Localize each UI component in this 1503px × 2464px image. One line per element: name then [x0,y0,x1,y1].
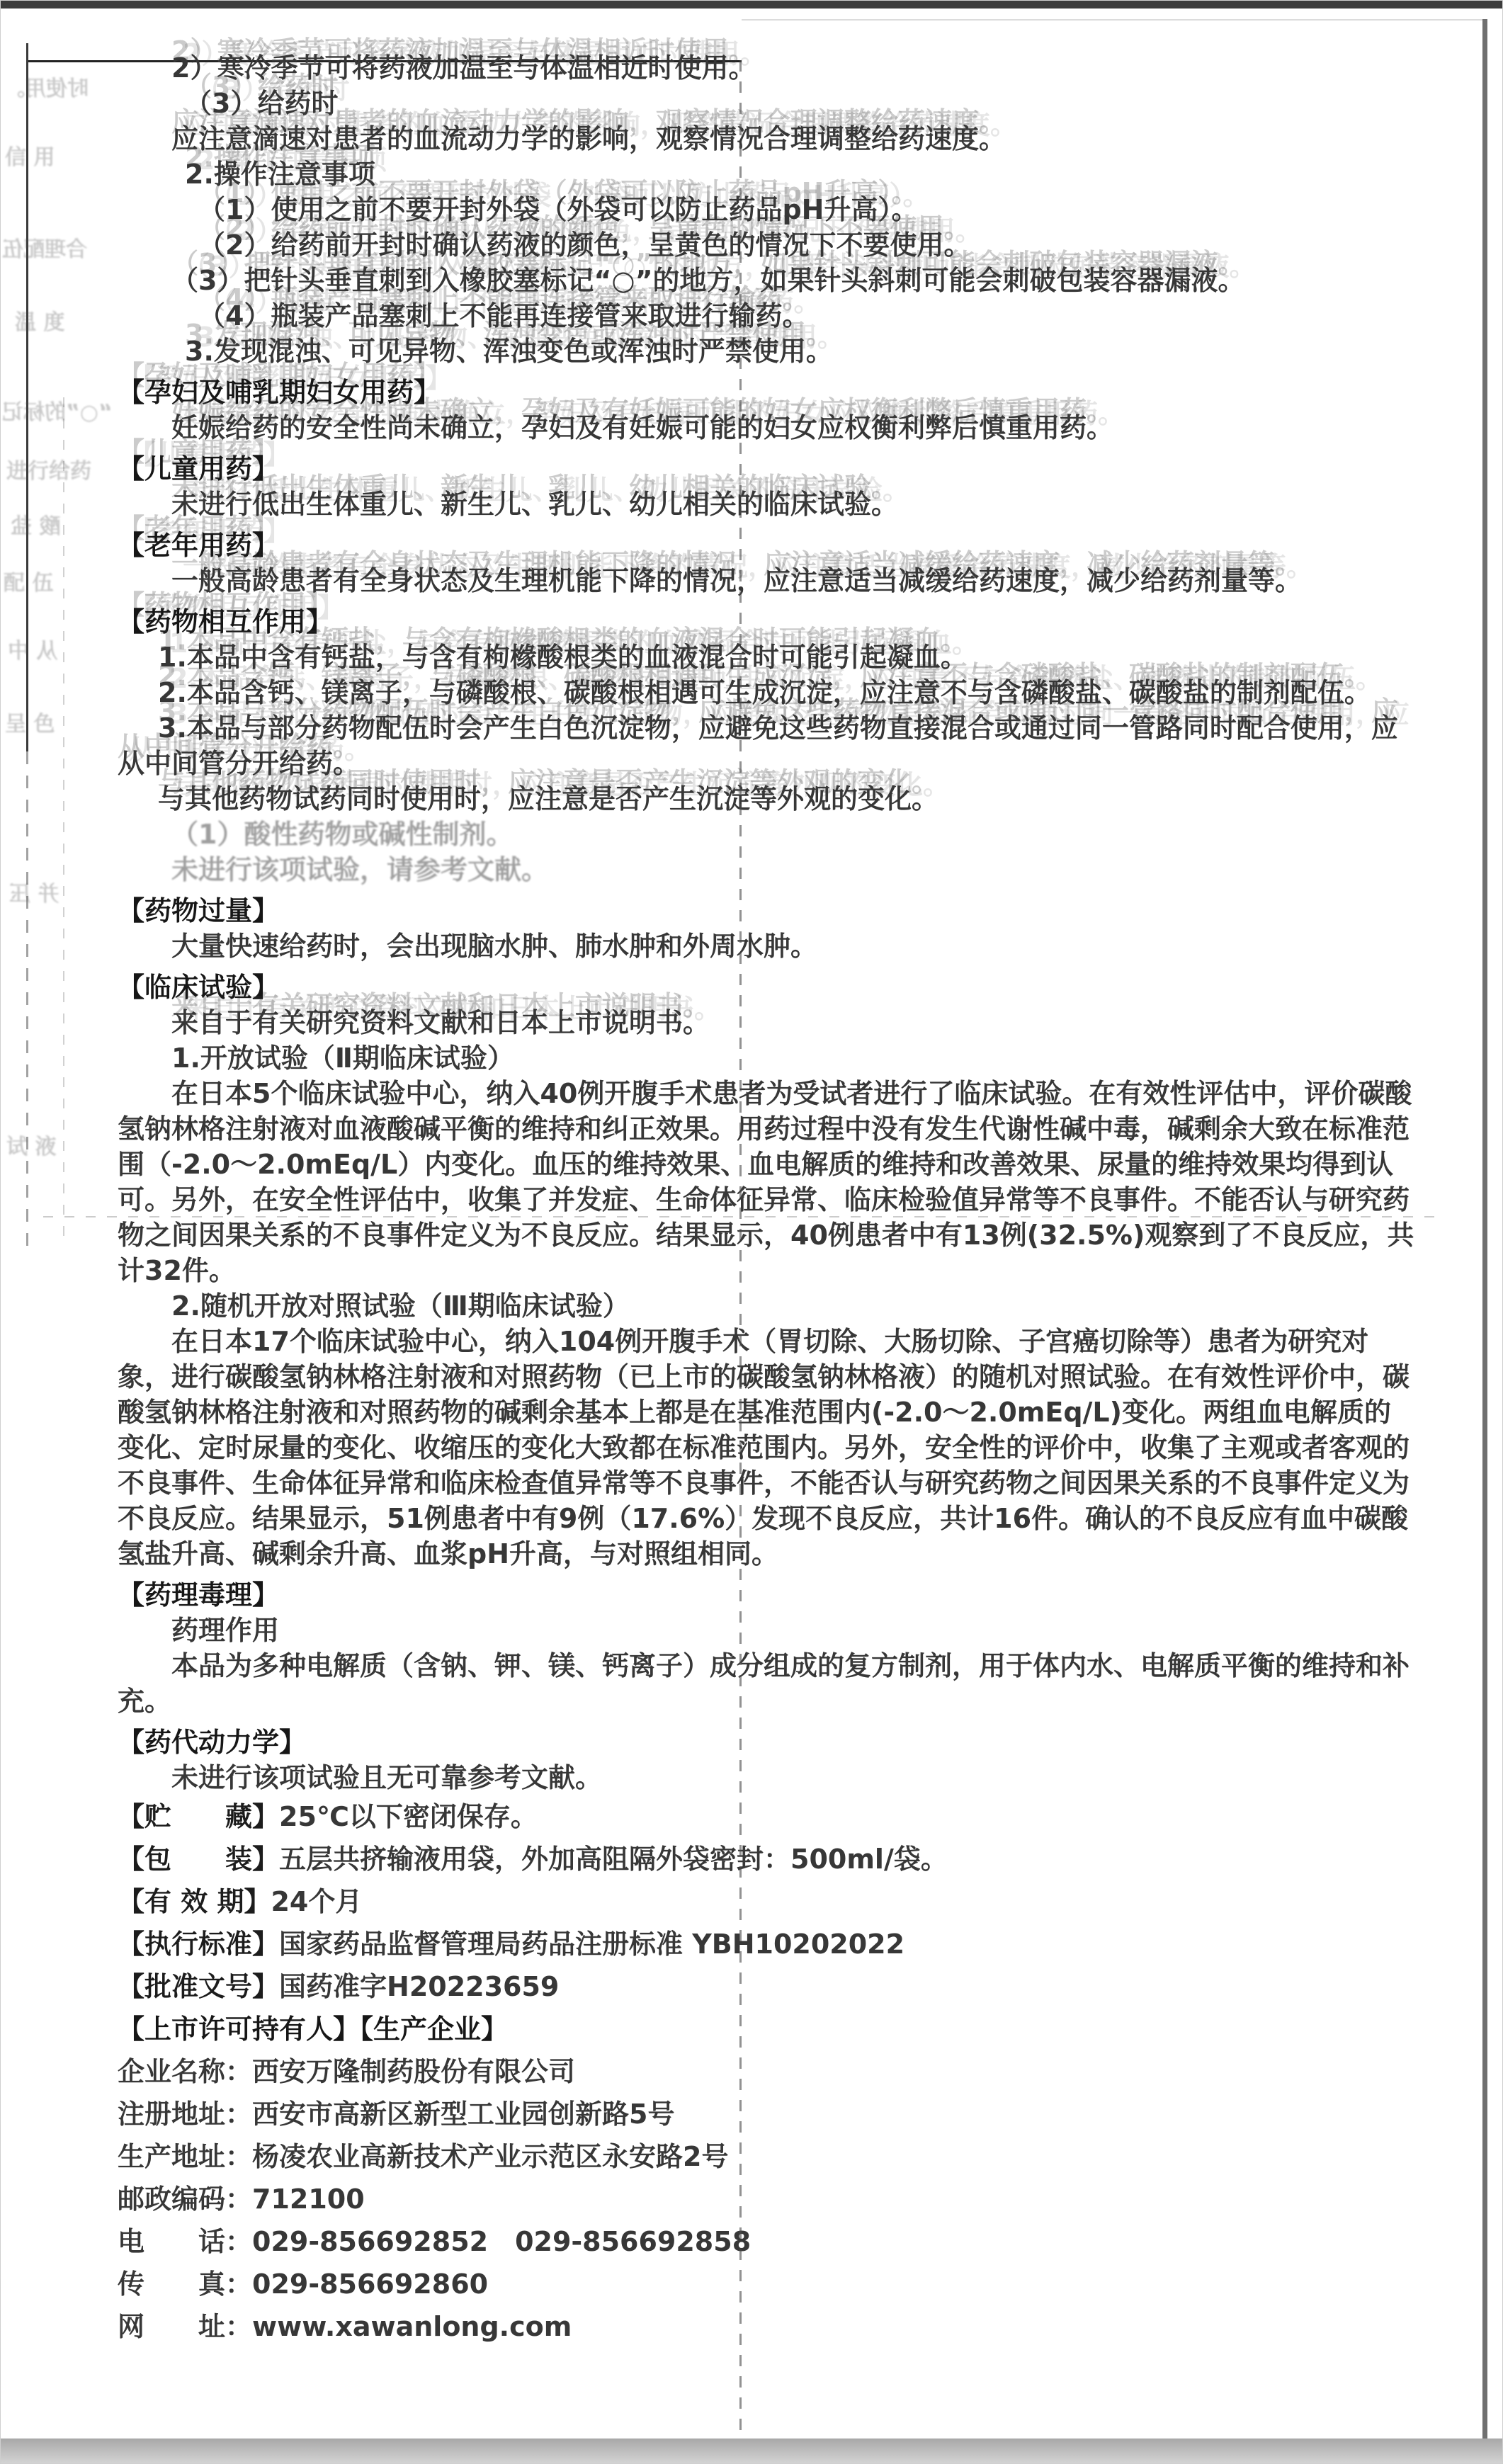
ghost-text-line: （1）酸性药物或碱性制剂。 [118,817,1415,852]
info-row-value: 24个月 [271,1886,362,1917]
company-row-label: 企业名称： [118,2056,252,2087]
company-row: 生产地址：杨凌农业高新技术产业示范区永安路2号 [118,2135,1415,2178]
company-row-label: 电 话： [118,2226,252,2257]
trial-title: 1.开放试验（Ⅱ期临床试验） [118,1040,1415,1076]
ghost-text-line: 未进行该项试验，请参考文献。 [118,852,1415,887]
company-row-value: 712100 [252,2184,365,2215]
ghost-text-fragment: 酸 盐 [11,515,60,539]
scan-top-edge-bar [1,1,1503,8]
usage-note-line: 3.发现混浊、可见异物、浑浊变色或浑浊时严禁使用。 [118,334,1415,369]
info-row: 【包 装】五层共挤输液用袋，外加高阻隔外袋密封：500ml/袋。 [118,1838,1415,1880]
trial-paragraph: 在日本5个临床试验中心，纳入40例开腹手术患者为受试者进行了临床试验。在有效性评… [118,1076,1415,1288]
info-row-value: 五层共挤输液用袋，外加高阻隔外袋密封：500ml/袋。 [279,1844,948,1875]
company-row: 企业名称：西安万隆制药股份有限公司 [118,2050,1415,2093]
company-row-label: 生产地址： [118,2141,252,2172]
section-heading-clinical-trials: 【临床试验】 [118,970,1415,1005]
company-row: 网 址：www.xawanlong.com [118,2305,1415,2348]
insert-text-column: 2）寒冷季节可将药液加温至与体温相近时使用。 （3）给药时 应注意滴速对患者的血… [118,50,1415,2348]
ghost-text-fragment: 温 度 [15,311,64,335]
section-paragraph: 本品为多种电解质（含钠、钾、镁、钙离子）成分组成的复方制剂，用于体内水、电解质平… [118,1648,1415,1719]
scan-left-border-dashed [26,751,28,1247]
usage-note-line: （4）瓶装产品塞刺上不能再连接管来取进行输药。 [118,298,1415,334]
pharmacology-subtitle: 药理作用 [118,1613,1415,1648]
company-row-label: 传 真： [118,2269,252,2300]
company-row-value: 杨凌农业高新技术产业示范区永安路2号 [252,2141,728,2172]
scanned-package-insert-page: 时使用。 信 用 合理配伍 温 度 “○”的标记 进行给药 酸 盐 配 伍 从 … [0,0,1503,2464]
scan-topright-hairline [742,19,1487,21]
ghost-text-fragment: 进行给药 [6,460,91,484]
interaction-item: 2.本品含钙、镁离子，与磷酸根、碳酸根相遇可生成沉淀，应注意不与含磷酸盐、碳酸盐… [118,675,1415,710]
interaction-item: 与其他药物试药同时使用时，应注意是否产生沉淀等外观的变化。 [118,781,1415,817]
info-row-label: 【执行标准】 [118,1929,279,1960]
ghost-text-fragment: 呈 色 [5,712,55,737]
company-row-value: www.xawanlong.com [252,2311,572,2342]
section-heading-overdose: 【药物过量】 [118,893,1415,929]
usage-note-line: （3）给药时 [118,86,1415,121]
info-row-label: 【批准文号】 [118,1971,279,2002]
company-row-value: 西安市高新区新型工业园创新路5号 [252,2099,674,2130]
info-row: 【有 效 期】24个月 [118,1880,1415,1923]
usage-note-line: （3）把针头垂直刺到入橡胶塞标记“○”的地方，如果针头斜刺可能会刺破包装容器漏液… [118,263,1415,298]
company-row-label: 邮政编码： [118,2184,252,2215]
section-paragraph: 未进行该项试验且无可靠参考文献。 [118,1760,1415,1795]
info-row: 【批准文号】国药准字H20223659 [118,1965,1415,2008]
ghost-text-fragment: “○”的标记 [2,401,113,425]
holder-heading: 【上市许可持有人】【生产企业】 [118,2008,1415,2050]
info-row-value: 国药准字H20223659 [279,1971,559,2002]
section-heading-pregnancy: 【孕妇及哺乳期妇女用药】 [118,375,1415,410]
company-row: 邮政编码：712100 [118,2178,1415,2220]
section-paragraph: 大量快速给药时，会出现脑水肿、肺水肿和外周水肿。 [118,929,1415,964]
interaction-item: 3.本品与部分药物配伍时会产生白色沉淀物，应避免这些药物直接混合或通过同一管路同… [118,710,1415,781]
section-heading-pharmacology: 【药理毒理】 [118,1577,1415,1613]
info-row-label: 【贮 藏】 [118,1801,279,1832]
usage-note-line: 2）寒冷季节可将药液加温至与体温相近时使用。 [118,50,1415,86]
usage-note-line: （2）给药前开封时确认药液的颜色，呈黄色的情况下不要使用。 [118,227,1415,263]
info-row-label: 【包 装】 [118,1844,279,1875]
ghost-text-fragment: 合理配伍 [2,238,87,262]
company-row: 电 话：029-856692852 029-856692858 [118,2220,1415,2263]
section-paragraph: 一般高龄患者有全身状态及生理机能下降的情况，应注意适当减缓给药速度，减少给药剂量… [118,563,1415,598]
company-row: 传 真：029-856692860 [118,2263,1415,2305]
ghost-text-fragment: 试 液 [6,1135,56,1159]
info-row-label: 【有 效 期】 [118,1886,271,1917]
ghost-text-fragment: 并 压 [9,882,59,907]
section-heading-elderly: 【老年用药】 [118,528,1415,563]
trial-paragraph: 在日本17个临床试验中心，纳入104例开腹手术（胃切除、大肠切除、子宫癌切除等）… [118,1324,1415,1572]
clinical-intro: 来自于有关研究资料文献和日本上市说明书。 [118,1005,1415,1040]
center-fold-dashed-line [739,60,742,2439]
info-row-value: 国家药品监督管理局药品注册标准 YBH10202022 [279,1929,904,1960]
ghost-text-fragment: 从 中 [8,640,57,664]
horizontal-fold-dashed-line [43,1216,1446,1217]
company-row-value: 029-856692852 029-856692858 [252,2226,751,2257]
company-row: 注册地址：西安市高新区新型工业园创新路5号 [118,2093,1415,2135]
section-heading-interactions: 【药物相互作用】 [118,604,1415,640]
section-paragraph: 妊娠给药的安全性尚未确立，孕妇及有妊娠可能的妇女应权衡利弊后慎重用药。 [118,410,1415,445]
interaction-item: 1.本品中含有钙盐，与含有枸橼酸根类的血液混合时可能引起凝血。 [118,640,1415,675]
scan-inner-dashed-line [63,397,64,1247]
scan-bottom-shadow-band [1,2439,1503,2464]
info-row: 【执行标准】国家药品监督管理局药品注册标准 YBH10202022 [118,1923,1415,1965]
company-row-label: 网 址： [118,2311,252,2342]
info-row-value: 25℃以下密闭保存。 [279,1801,538,1832]
ghost-text-fragment: 配 伍 [4,572,53,596]
section-heading-children: 【儿童用药】 [118,451,1415,487]
ghost-text-fragment: 信 用 [5,146,55,170]
section-heading-pharmacokinetics: 【药代动力学】 [118,1725,1415,1760]
ghost-text-fragment: 时使用。 [4,77,89,101]
scan-right-border [1482,19,1487,2440]
usage-note-line: 应注意滴速对患者的血流动力学的影响，观察情况合理调整给药速度。 [118,121,1415,157]
info-row: 【贮 藏】25℃以下密闭保存。 [118,1795,1415,1838]
company-row-value: 西安万隆制药股份有限公司 [252,2056,575,2087]
usage-note-line: （1）使用之前不要开封外袋（外袋可以防止药品pH升高）。 [118,192,1415,227]
usage-note-line: 2.操作注意事项 [118,157,1415,192]
trial-title: 2.随机开放对照试验（Ⅲ期临床试验） [118,1288,1415,1324]
company-row-value: 029-856692860 [252,2269,488,2300]
company-row-label: 注册地址： [118,2099,252,2130]
section-paragraph: 未进行低出生体重儿、新生儿、乳儿、幼儿相关的临床试验。 [118,487,1415,522]
